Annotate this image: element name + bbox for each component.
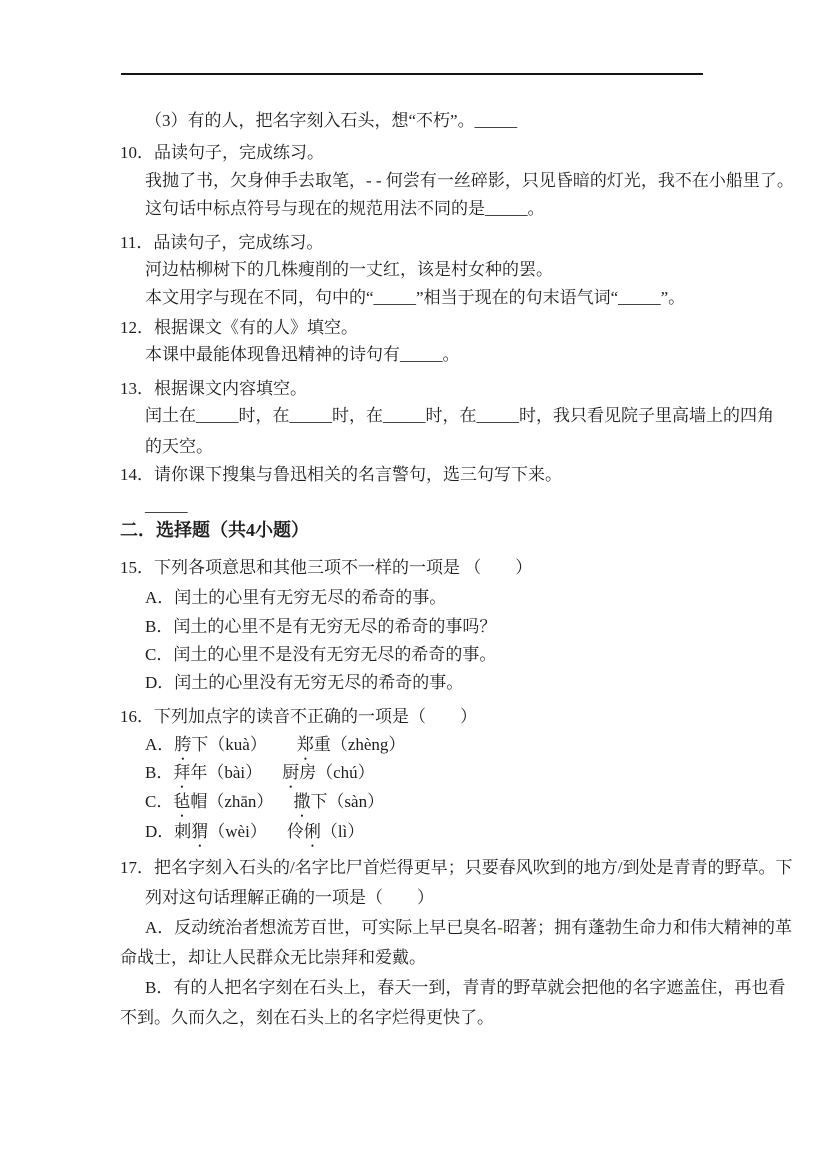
- q16-option-d-word2-dotted-char: 俐: [304, 822, 321, 841]
- q16-option-b-label: B．: [145, 763, 173, 782]
- q11-sentence: 河边枯柳树下的几株瘦削的一丈红，该是村女种的罢。: [145, 258, 553, 281]
- q16-option-a: A．胯下（kuà）郑重（zhèng）: [145, 733, 405, 764]
- q10-sentence: 我抛了书，欠身伸手去取笔，- - 何尝有一丝碎影，只见昏暗的灯光，我不在小船里了…: [145, 169, 794, 192]
- q11-stem: 11．品读句子，完成练习。: [120, 231, 323, 254]
- q17-stem-line2: 列对这句话理解正确的一项是（ ）: [145, 886, 434, 909]
- q16-option-d-word2-rest: （lì）: [321, 822, 364, 841]
- q16-option-d-word2-pre: 伶: [287, 822, 304, 841]
- q16-option-d-word1-pre: 刺: [174, 822, 191, 841]
- q15-option-c: C．闰土的心里不是没有无穷无尽的希奇的事。: [145, 643, 496, 666]
- q15-stem: 15．下列各项意思和其他三项不一样的一项是 （ ）: [120, 556, 532, 579]
- q16-option-c-word2-dotted-char: 撒: [293, 792, 310, 811]
- q15-option-d: D．闰土的心里没有无穷无尽的希奇的事。: [145, 671, 463, 694]
- q17-option-a-line2: 命战士，却让人民群众无比崇拜和爱戴。: [120, 946, 426, 969]
- q16-option-b-word1-dotted-char: 拜: [173, 763, 190, 782]
- q16-option-c-word1-rest: 帽（zhān）: [190, 792, 273, 811]
- q15-option-a: A．闰土的心里有无穷无尽的希奇的事。: [145, 586, 446, 609]
- q12-stem: 12．根据课文《有的人》填空。: [120, 316, 358, 339]
- q16-option-b: B．拜年（bài）厨房（chú）: [145, 761, 375, 792]
- q16-option-b-word2-rest: 房（chú）: [299, 763, 375, 782]
- q17-option-b-line1: B．有的人把名字刻在石头上，春天一到，青青的野草就会把他的名字遮盖住，再也看: [145, 976, 785, 999]
- q17-option-b-line2: 不到。久而久之，刻在石头上的名字烂得更快了。: [120, 1006, 494, 1029]
- q13-stem: 13．根据课文内容填空。: [120, 377, 307, 400]
- q13-line1: 闰土在_____时，在_____时，在_____时，在_____时，我只看见院子…: [145, 404, 774, 427]
- q16-option-c-word2-rest: 下（sàn）: [310, 792, 384, 811]
- q16-option-d: D．刺猬（wèi）伶俐（lì）: [145, 820, 364, 851]
- q17-option-a-text-after-dash: 昭著；拥有蓬勃生命力和伟大精神的革: [503, 918, 792, 937]
- q16-option-c-label: C．: [145, 792, 173, 811]
- q12-task: 本课中最能体现鲁迅精神的诗句有_____。: [145, 343, 460, 366]
- q17-option-a-text-before-dash: A．反动统治者想流芳百世，可实际上早已臭名: [145, 918, 497, 937]
- q16-stem: 16．下列加点字的读音不正确的一项是（ ）: [120, 705, 477, 728]
- q16-option-c: C．毡帽（zhān）撒下（sàn）: [145, 790, 384, 821]
- worksheet-page: （3）有的人，把名字刻入石头，想“不朽”。_____ 10．品读句子，完成练习。…: [0, 0, 826, 1169]
- q16-option-a-word1-dotted-char: 胯: [174, 735, 191, 754]
- q16-option-a-word1-rest: 下（kuà）: [191, 735, 267, 754]
- q16-option-b-word2-dotted-char: 厨: [282, 763, 299, 782]
- header-rule: [121, 73, 703, 75]
- q16-option-d-label: D．: [145, 822, 174, 841]
- q10-stem: 10．品读句子，完成练习。: [120, 141, 324, 164]
- q10-task: 这句话中标点符号与现在的规范用法不同的是_____。: [145, 197, 545, 220]
- q17-option-a-line1: A．反动统治者想流芳百世，可实际上早已臭名-昭著；拥有蓬勃生命力和伟大精神的革: [145, 916, 792, 939]
- q14-stem: 14．请你课下搜集与鲁迅相关的名言警句，选三句写下来。: [120, 463, 562, 486]
- q16-option-a-word2-dotted-char: 郑: [297, 735, 314, 754]
- q9-item-3: （3）有的人，把名字刻入石头，想“不朽”。_____: [145, 109, 517, 132]
- q16-option-d-word1-rest: （wèi）: [208, 822, 267, 841]
- q16-option-a-label: A．: [145, 735, 174, 754]
- q14-answer-blank: _____: [145, 494, 188, 517]
- q16-option-a-word2-rest: 重（zhèng）: [314, 735, 406, 754]
- q13-line2: 的天空。: [145, 435, 213, 458]
- q16-option-b-word1-rest: 年（bài）: [190, 763, 262, 782]
- q11-task: 本文用字与现在不同，句中的“_____”相当于现在的句末语气词“_____”。: [145, 286, 685, 309]
- q15-option-b: B．闰土的心里不是有无穷无尽的希奇的事吗？: [145, 615, 496, 638]
- q17-stem-line1: 17．把名字刻入石头的/名字比尸首烂得更早；只要春风吹到的地方/到处是青青的野草…: [120, 856, 792, 879]
- section-2-header: 二．选择题（共4小题）: [120, 519, 309, 542]
- q16-option-d-word1-dotted-char: 猬: [191, 822, 208, 841]
- q16-option-c-word1-dotted-char: 毡: [173, 792, 190, 811]
